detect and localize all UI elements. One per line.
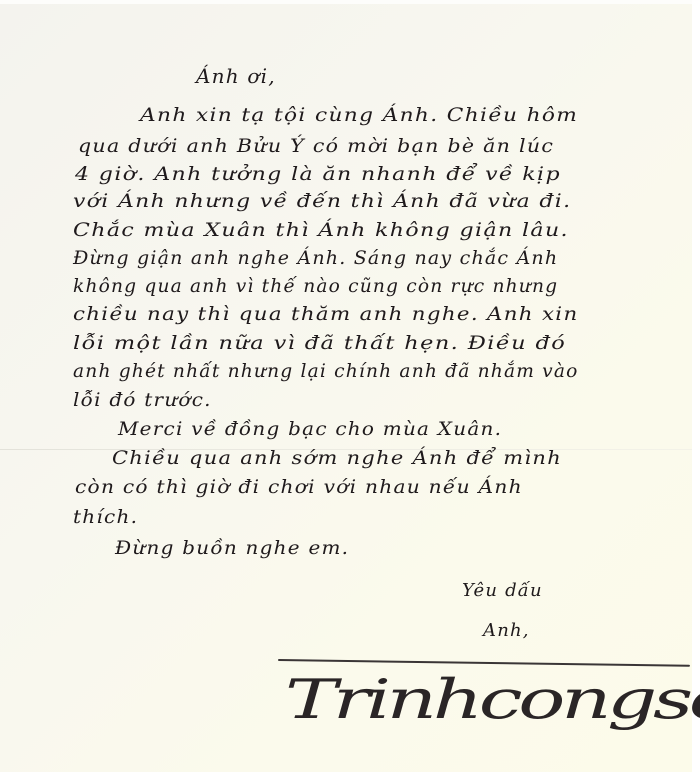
letter-line: chiều nay thì qua thăm anh nghe. Anh xin [73,303,579,325]
letter-line: Đừng giận anh nghe Ánh. Sáng nay chắc Án… [73,247,558,269]
letter-line: anh ghét nhất nhưng lại chính anh đã nhắ… [73,360,579,382]
letter-line: còn có thì giờ đi chơi với nhau nếu Ánh [75,476,523,498]
paper-right-edge [692,0,700,777]
paper-top-edge [0,0,692,4]
sender: Anh, [483,620,530,641]
letter-line: lỗi đó trước. [73,389,212,411]
signature: Trinhcongson [285,668,700,731]
paper-bottom-edge [0,772,700,777]
closing: Yêu dấu [462,580,543,601]
letter-line: thích. [73,506,138,528]
letter-line: 4 giờ. Anh tưởng là ăn nhanh để về kịp [75,163,561,185]
letter-line: Merci về đồng bạc cho mùa Xuân. [118,418,502,440]
letter-line: Chắc mùa Xuân thì Ánh không giận lâu. [73,219,569,241]
letter-line: Anh xin tạ tội cùng Ánh. Chiều hôm [140,104,578,126]
letter-line: qua dưới anh Bửu Ý có mời bạn bè ăn lúc [78,135,554,157]
salutation: Ánh ơi, [196,64,276,88]
letter-line: không qua anh vì thế nào cũng còn rực nh… [73,275,558,297]
letter-line: với Ánh nhưng về đến thì Ánh đã vừa đi. [73,190,571,212]
letter-line: Chiều qua anh sớm nghe Ánh để mình [112,447,562,469]
letter-line: Đừng buồn nghe em. [115,537,349,559]
letter-line: lỗi một lần nữa vì đã thất hẹn. Điều đó [73,332,566,354]
